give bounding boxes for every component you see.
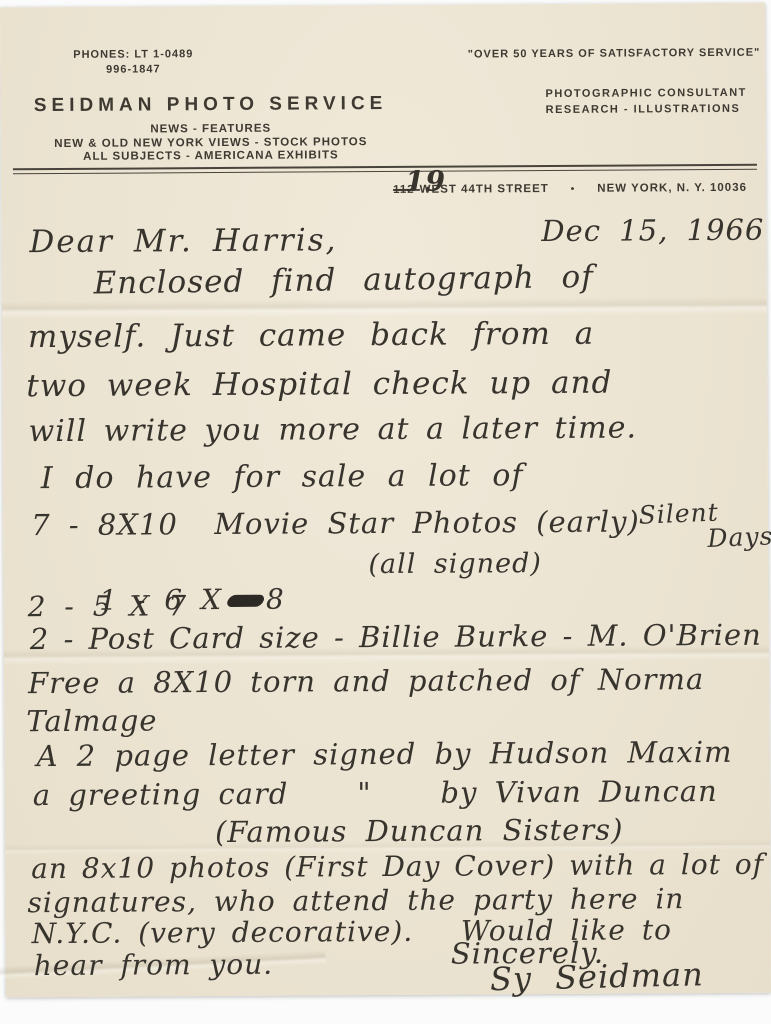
handwritten-line: A 2 page letter signed by Hudson Maxim — [36, 737, 732, 773]
letterhead-address: 19112WEST 44TH STREET•NEW YORK, N. Y. 10… — [393, 182, 747, 196]
services-line2: RESEARCH - ILLUSTRATIONS — [546, 101, 747, 118]
handwritten-street-number: 19 — [405, 167, 446, 198]
sale-list-item-1: 7 - 8X10 Movie Star Photos (early) — [31, 506, 640, 542]
handwritten-line: hear from you. — [34, 950, 273, 982]
divider-rule — [13, 164, 757, 175]
sale-list-item-3: 2 - 5 X 7 — [28, 591, 188, 623]
letter-salutation: Dear Mr. Harris, — [29, 223, 337, 259]
handwritten-line: Talmage — [26, 705, 157, 738]
letter-signature: Sy Seidman — [490, 957, 705, 997]
company-tagline-2: NEW & OLD NEW YORK VIEWS - STOCK PHOTOS — [16, 135, 406, 151]
handwritten-line: Enclosed find autograph of — [93, 260, 593, 301]
company-name: SEIDMAN PHOTO SERVICE — [16, 93, 406, 117]
handwritten-line: Free a 8X10 torn and patched of Norma — [28, 664, 704, 700]
letterhead-phones: PHONES: LT 1-0489 996-1847 — [48, 47, 218, 78]
company-tagline-3: ALL SUBJECTS - AMERICANA EXHIBITS — [16, 149, 406, 165]
handwritten-line: will write you more at a later time. — [28, 411, 637, 448]
handwritten-line: an 8x10 photos (First Day Cover) with a … — [31, 850, 764, 885]
address-separator-dot: • — [571, 184, 576, 195]
sale-list-item-1-note: Silent Days — [638, 497, 771, 555]
letter-date: Dec 15, 1966 — [541, 215, 764, 248]
letterhead-company-block: SEIDMAN PHOTO SERVICE NEWS - FEATURES NE… — [16, 93, 406, 165]
handwritten-line: myself. Just came back from a — [28, 317, 594, 355]
letterhead-services: PHOTOGRAPHIC CONSULTANT RESEARCH - ILLUS… — [545, 85, 747, 118]
sale-list-item-2-suffix: 8 — [266, 582, 285, 615]
handwritten-line: two week Hospital check up and — [26, 366, 612, 404]
handwritten-line: I do have for sale a lot of — [41, 459, 524, 495]
handwritten-line: a greeting card " by Vivan Duncan — [33, 776, 718, 812]
ink-scribble — [226, 595, 266, 607]
services-line1: PHOTOGRAPHIC CONSULTANT — [545, 85, 746, 102]
phones-line1: PHONES: LT 1-0489 — [48, 47, 218, 63]
address-city: NEW YORK, N. Y. 10036 — [597, 182, 747, 195]
handwritten-line: (Famous Duncan Sisters) — [215, 815, 624, 849]
letter-paper: PHONES: LT 1-0489 996-1847 "OVER 50 YEAR… — [0, 3, 771, 998]
sale-list-item-2-note: (all signed) — [368, 549, 542, 580]
letterhead-slogan: "OVER 50 YEARS OF SATISFACTORY SERVICE" — [440, 47, 760, 61]
phones-line2: 996-1847 — [48, 62, 218, 78]
sale-list-item-4: 2 - Post Card size - Billie Burke - M. O… — [30, 620, 762, 656]
